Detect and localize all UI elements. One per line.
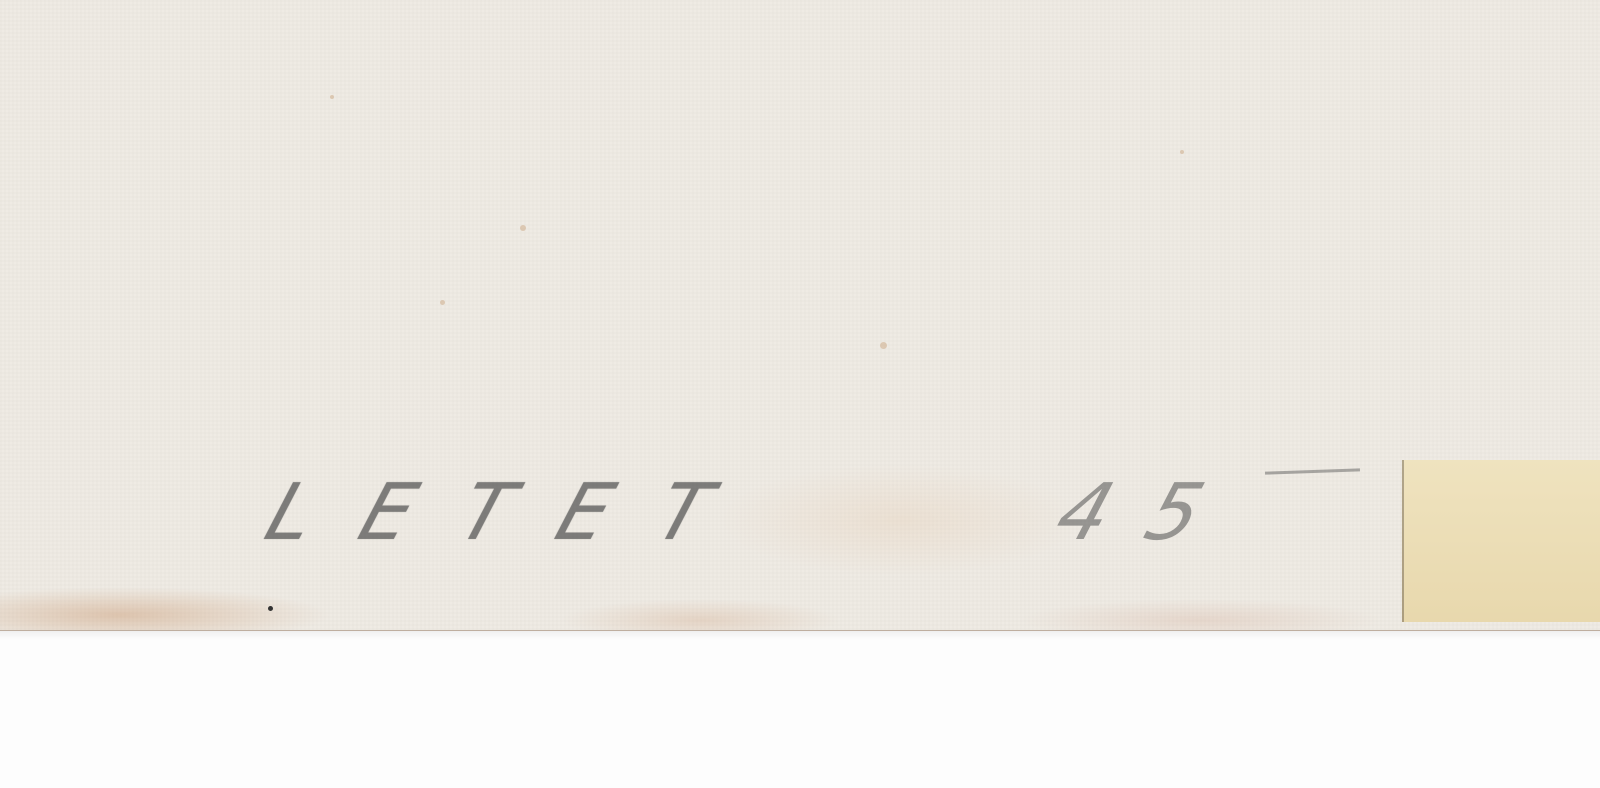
foxing-spot [520,225,526,231]
pencil-stroke [1265,468,1360,474]
pencil-inscription-number: 45 [1045,468,1254,558]
ink-dot [268,606,273,611]
paper-edge-shadow [0,630,1600,640]
masking-tape [1402,460,1600,622]
foxing-spot [1180,150,1184,154]
foxing-spot [880,342,887,349]
pencil-inscription-text: LETET [255,468,772,558]
foxing-spot [330,95,334,99]
foxing-spot [440,300,445,305]
paper-sheet: LETET 45 [0,0,1600,631]
